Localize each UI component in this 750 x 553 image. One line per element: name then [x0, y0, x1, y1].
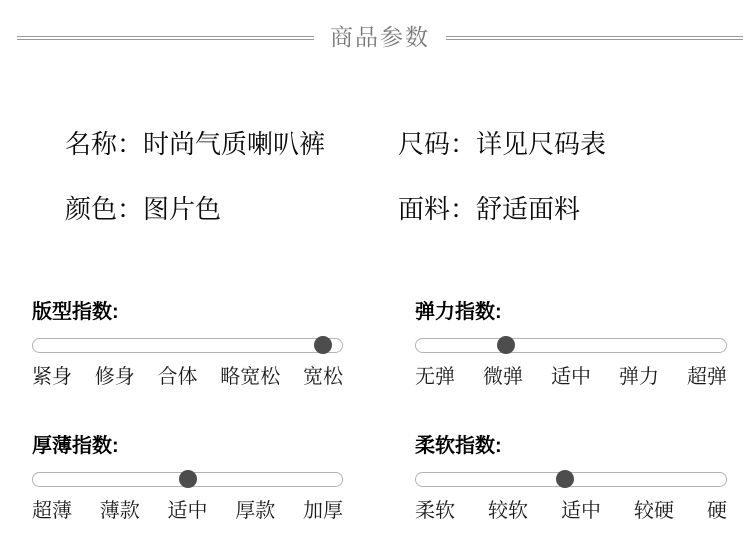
slider-tick-label: 柔软 [415, 500, 455, 522]
slider-tick-label: 修身 [95, 366, 135, 388]
slider-tick-label: 合体 [158, 366, 198, 388]
slider-handle[interactable] [314, 336, 332, 354]
field-label: 名称： [65, 129, 143, 159]
slider-softness-index: 柔软指数: 柔软 较软 适中 较硬 硬 [415, 436, 727, 522]
slider-tick-label: 厚款 [235, 500, 275, 522]
field-value: 详见尺码表 [476, 129, 606, 159]
field-value: 图片色 [143, 194, 221, 224]
slider-track[interactable] [415, 472, 727, 487]
slider-tick-label: 较硬 [634, 500, 674, 522]
slider-tick-label: 弹力 [619, 366, 659, 388]
header-divider-right [446, 36, 743, 40]
product-color-field: 颜色：图片色 [0, 196, 375, 222]
slider-fit-index: 版型指数: 紧身 修身 合体 略宽松 宽松 [32, 302, 343, 388]
slider-tick-labels: 无弹 微弹 适中 弹力 超弹 [415, 366, 727, 388]
field-label: 面料： [398, 194, 476, 224]
field-label: 颜色： [65, 194, 143, 224]
slider-tick-label: 微弹 [483, 366, 523, 388]
slider-tick-label: 超弹 [687, 366, 727, 388]
slider-handle[interactable] [179, 470, 197, 488]
slider-tick-labels: 紧身 修身 合体 略宽松 宽松 [32, 366, 343, 388]
product-parameters-panel: 商品参数 名称：时尚气质喇叭裤 尺码：详见尺码表 颜色：图片色 面料：舒适面料 … [0, 0, 750, 553]
slider-tick-label: 宽松 [303, 366, 343, 388]
slider-tick-label: 无弹 [415, 366, 455, 388]
slider-thickness-index: 厚薄指数: 超薄 薄款 适中 厚款 加厚 [32, 436, 343, 522]
slider-track[interactable] [32, 338, 343, 353]
slider-tick-labels: 超薄 薄款 适中 厚款 加厚 [32, 500, 343, 522]
slider-tick-label: 较软 [488, 500, 528, 522]
section-header: 商品参数 [17, 26, 743, 49]
slider-elasticity-index: 弹力指数: 无弹 微弹 适中 弹力 超弹 [415, 302, 727, 388]
slider-tick-label: 薄款 [100, 500, 140, 522]
info-row-2: 颜色：图片色 面料：舒适面料 [0, 196, 750, 222]
product-size-field: 尺码：详见尺码表 [375, 131, 750, 157]
slider-tick-label: 硬 [707, 500, 727, 522]
field-value: 舒适面料 [476, 194, 580, 224]
slider-title: 版型指数: [32, 302, 343, 322]
slider-tick-label: 紧身 [32, 366, 72, 388]
field-label: 尺码： [398, 129, 476, 159]
slider-track[interactable] [415, 338, 727, 353]
slider-title: 柔软指数: [415, 436, 727, 456]
slider-tick-label: 适中 [561, 500, 601, 522]
slider-tick-label: 加厚 [303, 500, 343, 522]
slider-tick-labels: 柔软 较软 适中 较硬 硬 [415, 500, 727, 522]
slider-track[interactable] [32, 472, 343, 487]
product-fabric-field: 面料：舒适面料 [375, 196, 750, 222]
attribute-sliders: 版型指数: 紧身 修身 合体 略宽松 宽松 弹力指数: 无弹 微弹 适中 弹力 [32, 302, 727, 522]
slider-title: 弹力指数: [415, 302, 727, 322]
slider-handle[interactable] [556, 470, 574, 488]
slider-tick-label: 适中 [168, 500, 208, 522]
info-row-1: 名称：时尚气质喇叭裤 尺码：详见尺码表 [0, 131, 750, 157]
slider-tick-label: 适中 [551, 366, 591, 388]
slider-handle[interactable] [497, 336, 515, 354]
field-value: 时尚气质喇叭裤 [143, 129, 325, 159]
slider-tick-label: 超薄 [32, 500, 72, 522]
product-name-field: 名称：时尚气质喇叭裤 [0, 131, 375, 157]
slider-title: 厚薄指数: [32, 436, 343, 456]
product-info: 名称：时尚气质喇叭裤 尺码：详见尺码表 颜色：图片色 面料：舒适面料 [0, 131, 750, 261]
slider-tick-label: 略宽松 [220, 366, 280, 388]
header-divider-left [17, 36, 314, 40]
section-title: 商品参数 [330, 26, 430, 49]
